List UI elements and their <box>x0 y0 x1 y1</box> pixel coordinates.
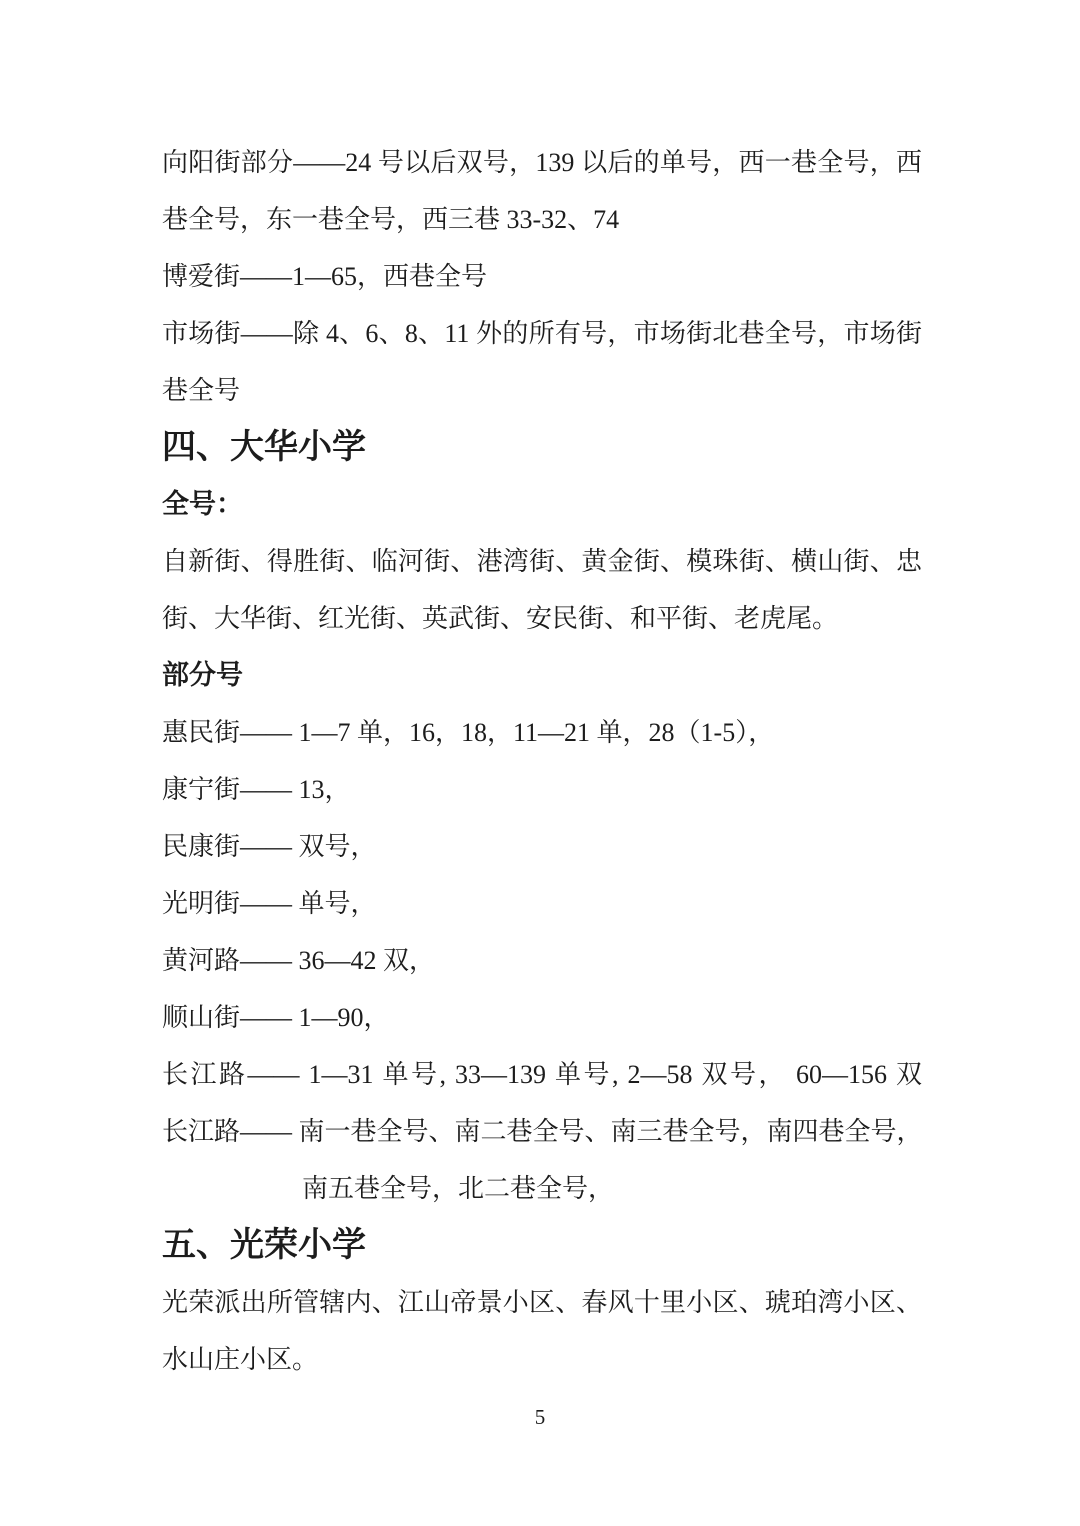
entry-minkang-street: 民康街—— 双号， <box>162 818 922 875</box>
entry-huimin-street: 惠民街—— 1—7 单，16，18，11—21 单，28（1-5）， <box>162 704 922 761</box>
paragraph-guangrong-line-1: 光荣派出所管辖内、江山帝景小区、春风十里小区、琥珀湾小区、中 <box>162 1274 922 1331</box>
paragraph-xiangyang-line-1: 向阳街部分——24 号以后双号，139 以后的单号，西一巷全号，西二 <box>162 134 922 191</box>
paragraph-xiangyang-line-2: 巷全号，东一巷全号，西三巷 33-32、74 <box>162 191 922 248</box>
entry-changjiang-road-2: 长江路—— 南一巷全号、南二巷全号、南三巷全号，南四巷全号， <box>162 1103 922 1160</box>
entry-changjiang-road-1: 长江路—— 1—31 单号, 33—139 单号, 2—58 双号， 60—15… <box>162 1046 922 1103</box>
entry-huanghe-road: 黄河路—— 36—42 双， <box>162 932 922 989</box>
section-heading-guangrong-school: 五、光荣小学 <box>162 1217 922 1274</box>
document-page: 向阳街部分——24 号以后双号，139 以后的单号，西一巷全号，西二 巷全号，东… <box>0 0 1080 1526</box>
page-number: 5 <box>0 1405 1080 1430</box>
entry-shunshan-street: 顺山街—— 1—90， <box>162 989 922 1046</box>
label-full-numbers: 全号： <box>162 476 922 533</box>
paragraph-guangrong-line-2: 水山庄小区。 <box>162 1331 922 1388</box>
paragraph-shichang-line-1: 市场街——除 4、6、8、11 外的所有号，市场街北巷全号，市场街西 <box>162 305 922 362</box>
paragraph-boai-street: 博爱街——1—65，西巷全号 <box>162 248 922 305</box>
section-heading-dahua-school: 四、大华小学 <box>162 419 922 476</box>
paragraph-full-streets-line-2: 街、大华街、红光街、英武街、安民街、和平街、老虎尾。 <box>162 590 922 647</box>
document-body: 向阳街部分——24 号以后双号，139 以后的单号，西一巷全号，西二 巷全号，东… <box>162 134 922 1388</box>
paragraph-full-streets-line-1: 自新街、得胜街、临河街、港湾街、黄金街、模珠街、横山街、忠诚 <box>162 533 922 590</box>
entry-kangning-street: 康宁街—— 13， <box>162 761 922 818</box>
entry-changjiang-road-2-continued: 南五巷全号，北二巷全号， <box>162 1160 922 1217</box>
paragraph-shichang-line-2: 巷全号 <box>162 362 922 419</box>
label-partial-numbers: 部分号 <box>162 647 922 704</box>
entry-guangming-street: 光明街—— 单号， <box>162 875 922 932</box>
